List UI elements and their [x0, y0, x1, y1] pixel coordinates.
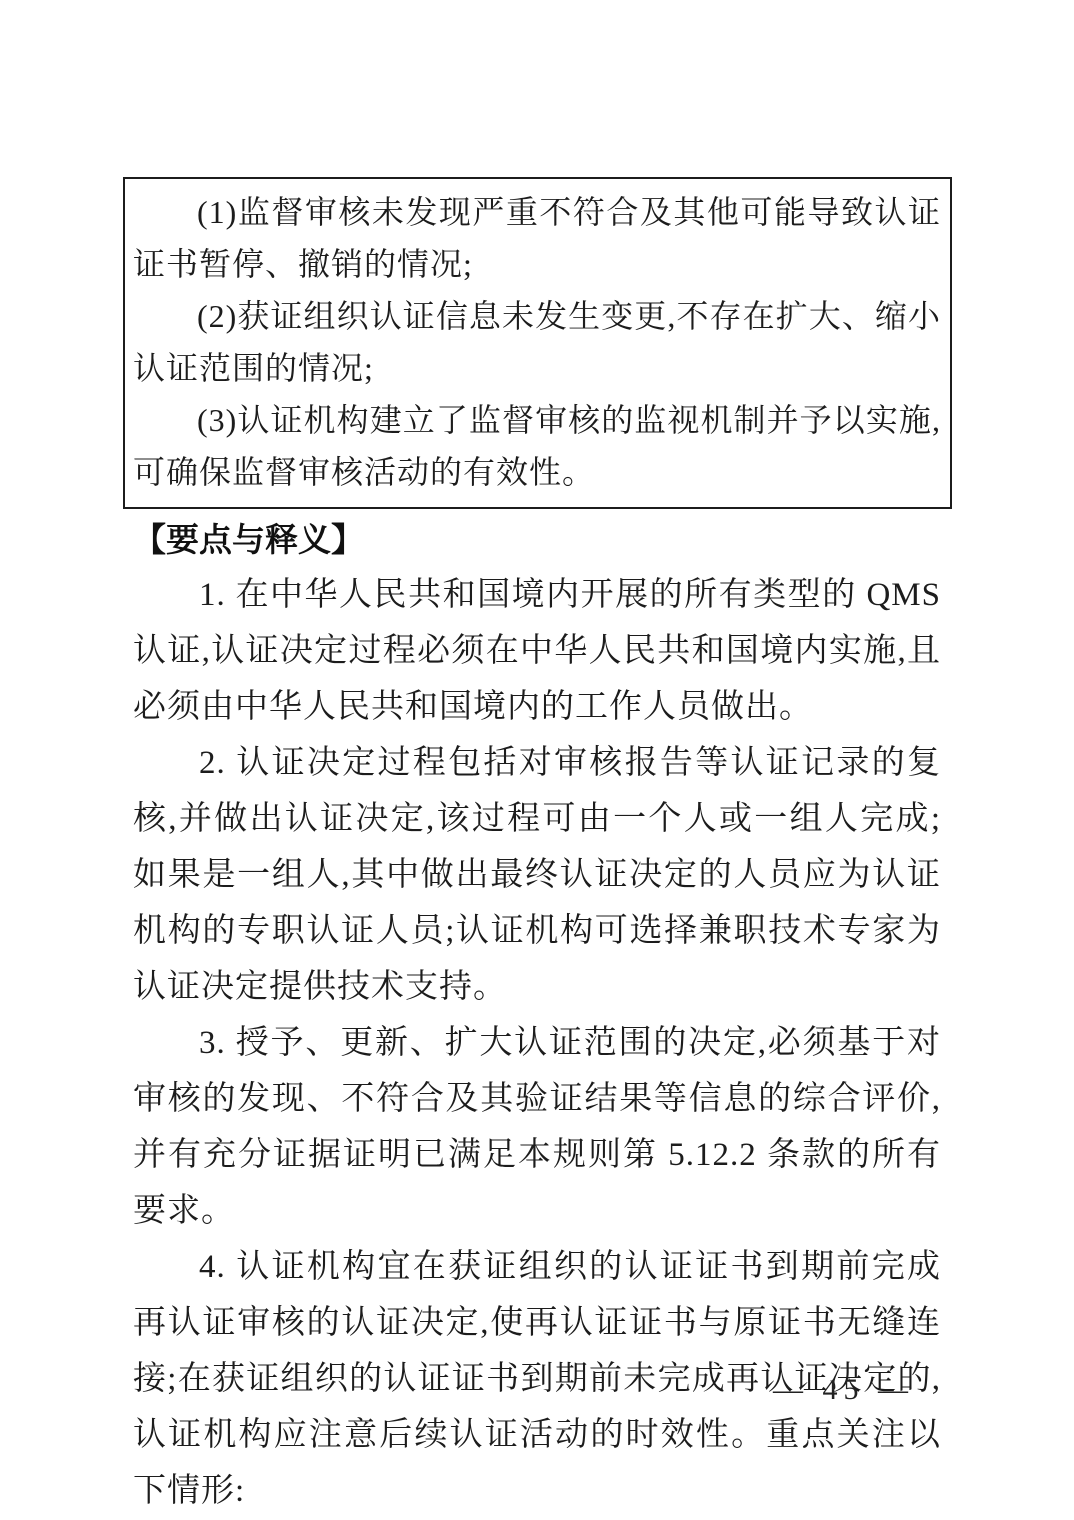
quote-box: (1)监督审核未发现严重不符合及其他可能导致认证证书暂停、撤销的情况; (2)获… — [123, 177, 952, 509]
page-number: — 45 — — [773, 1372, 914, 1408]
document-page: (1)监督审核未发现严重不符合及其他可能导致认证证书暂停、撤销的情况; (2)获… — [0, 0, 1074, 1520]
quote-box-item-3: (3)认证机构建立了监督审核的监视机制并予以实施,可确保监督审核活动的有效性。 — [133, 394, 941, 498]
quote-box-item-2: (2)获证组织认证信息未发生变更,不存在扩大、缩小认证范围的情况; — [133, 290, 941, 394]
paragraph-3: 3. 授予、更新、扩大认证范围的决定,必须基于对审核的发现、不符合及其验证结果等… — [133, 1015, 941, 1239]
section-heading: 【要点与释义】 — [133, 518, 364, 562]
quote-box-item-1: (1)监督审核未发现严重不符合及其他可能导致认证证书暂停、撤销的情况; — [133, 186, 941, 290]
paragraph-1: 1. 在中华人民共和国境内开展的所有类型的 QMS 认证,认证决定过程必须在中华… — [133, 567, 941, 735]
paragraph-2: 2. 认证决定过程包括对审核报告等认证记录的复核,并做出认证决定,该过程可由一个… — [133, 735, 941, 1015]
